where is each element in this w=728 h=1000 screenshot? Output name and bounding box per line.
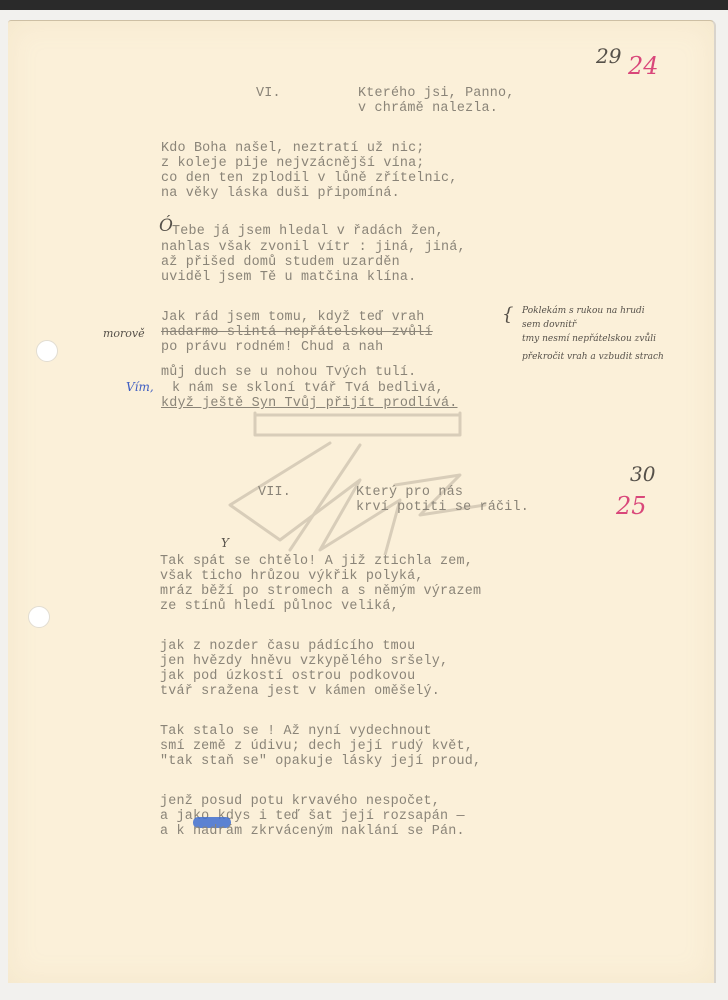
vi-s3-l3: po právu rodném! Chud a nah: [161, 340, 383, 355]
vi-s2-l4: uviděl jsem Tě u matčina klína.: [161, 270, 416, 285]
right-note-4: překročit vrah a vzbudit strach: [522, 352, 664, 362]
scanner-top-edge: [0, 0, 728, 10]
brace-mark: {: [502, 304, 513, 325]
poem-vi-number: VI.: [256, 86, 281, 101]
punch-hole: [36, 340, 58, 362]
caret-mark: Y: [221, 536, 229, 550]
vi-s4-l2: k nám se skloní tvář Tvá bedlivá,: [172, 381, 444, 396]
vi-s4-l1: můj duch se u nohou Tvých tulí.: [161, 365, 416, 380]
punch-hole: [28, 606, 50, 628]
vii-s2-l1: jak z nozder času pádícího tmou: [160, 639, 415, 654]
vi-s1-l1: Kdo Boha našel, neztratí už nic;: [161, 141, 425, 156]
vii-s2-l3: jak pod úzkostí ostrou podkovou: [160, 669, 415, 684]
vii-s3-l1: Tak stalo se ! Až nyní vydechnout: [160, 724, 432, 739]
o-mark: Ó: [159, 216, 173, 236]
vi-s1-l3: co den ten zplodil v lůně zřítelnic,: [161, 171, 458, 186]
vii-s4-l1: jenž posud potu krvavého nespočet,: [160, 794, 440, 809]
page-number-pencil-2: 30: [630, 462, 655, 486]
vii-s2-l4: tvář sražena jest v kámen oměšelý.: [160, 684, 440, 699]
page-number-red-2: 25: [616, 492, 647, 520]
margin-note-vim: Vím,: [126, 380, 154, 394]
vii-s1-l2: však ticho hrůzou výkřik polyká,: [160, 569, 424, 584]
vii-s3-l2: smí země z údivu; dech její rudý květ,: [160, 739, 473, 754]
vi-s3-l2: nadarmo slintá nepřátelskou zvůlí: [161, 325, 433, 340]
page-number-red: 24: [628, 52, 659, 80]
poem-vi-title-1: Kterého jsi, Panno,: [358, 86, 514, 101]
vii-s4-l3: a k nadrám zkrváceným naklání se Pán.: [160, 824, 465, 839]
right-note-3: tmy nesmí nepřátelskou zvůli: [522, 334, 656, 344]
page-number-pencil: 29: [596, 44, 621, 68]
vii-s1-l1: Tak spát se chtělo! A již ztichla zem,: [160, 554, 473, 569]
vi-s2-l1: Tebe já jsem hledal v řadách žen,: [172, 224, 444, 239]
right-note-1: Poklekám s rukou na hrudi: [522, 306, 645, 316]
vi-s1-l4: na věky láska duši připomíná.: [161, 186, 400, 201]
right-note-2: sem dovnitř: [522, 320, 576, 330]
vi-s2-l3: až přišed domů studem uzarděn: [161, 255, 400, 270]
poem-vii-title-2: krví potiti se ráčil.: [356, 500, 529, 515]
poem-vii-title-1: Který pro nás: [356, 485, 463, 500]
margin-note-morove: morově: [103, 327, 145, 340]
vii-s3-l3: "tak staň se" opakuje lásky její proud,: [160, 754, 481, 769]
embossed-stamp: [220, 405, 490, 555]
vii-s2-l2: jen hvězdy hněvu vzkypělého sršely,: [160, 654, 448, 669]
vi-s3-l1: Jak rád jsem tomu, když teď vrah: [161, 310, 425, 325]
vii-s1-l4: ze stínů hledí půlnoc veliká,: [160, 599, 399, 614]
vi-s1-l2: z koleje pije nejvzácnější vína;: [161, 156, 425, 171]
poem-vii-number: VII.: [258, 485, 291, 500]
poem-vi-title-2: v chrámě nalezla.: [358, 101, 498, 116]
vii-s1-l3: mráz běží po stromech a s němým výrazem: [160, 584, 481, 599]
vi-s2-l2: nahlas však zvonil vítr : jiná, jiná,: [161, 240, 466, 255]
